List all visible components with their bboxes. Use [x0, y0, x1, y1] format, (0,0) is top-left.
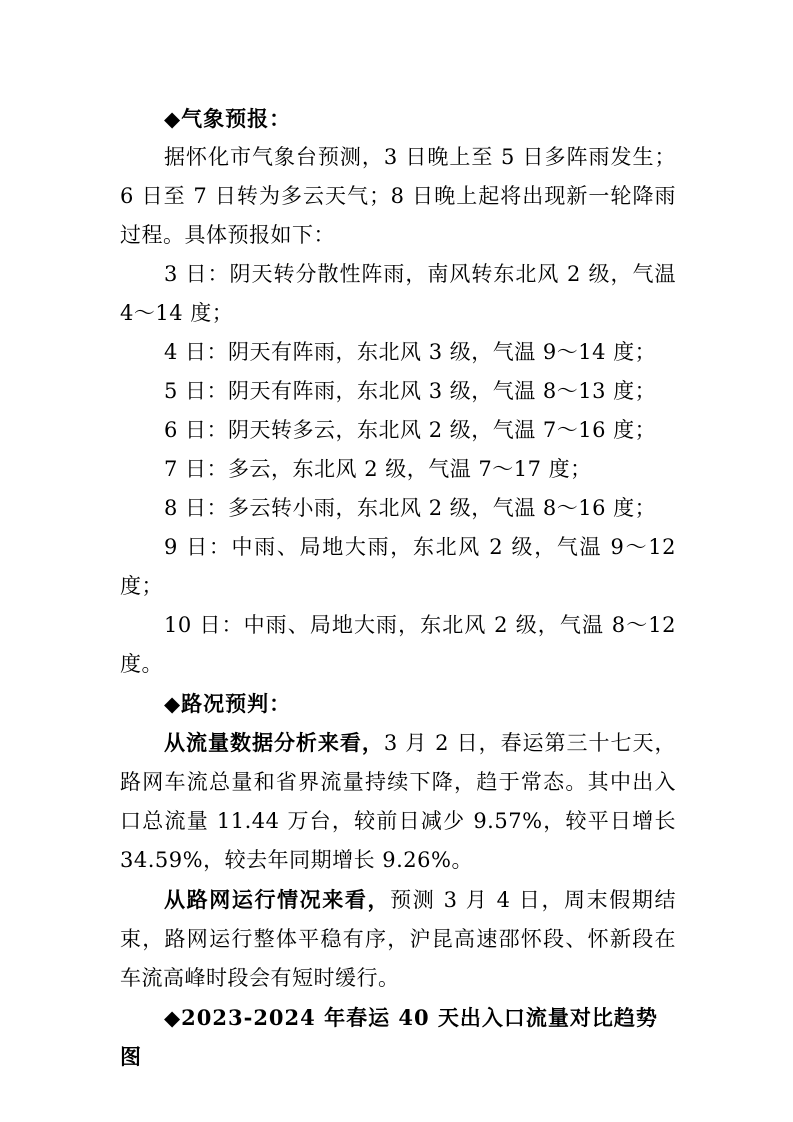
para-forecast-day6: 6 日：阴天转多云，东北风 2 级，气温 7～16 度；	[120, 411, 676, 450]
text-run: 5 日：阴天有阵雨，东北风 3 级，气温 8～13 度；	[164, 379, 656, 403]
document-content: ◆气象预报：据怀化市气象台预测，3 日晚上至 5 日多阵雨发生；6 日至 7 日…	[120, 99, 676, 1076]
para-weather-summary: 据怀化市气象台预测，3 日晚上至 5 日多阵雨发生；6 日至 7 日转为多云天气…	[120, 138, 676, 255]
text-run: 7 日：多云，东北风 2 级，气温 7～17 度；	[164, 457, 592, 481]
para-forecast-day8: 8 日：多云转小雨，东北风 2 级，气温 8～16 度；	[120, 489, 676, 528]
text-run: 据怀化市气象台预测，3 日晚上至 5 日多阵雨发生；6 日至 7 日转为多云天气…	[120, 145, 676, 247]
bold-text-run: ◆路况预判：	[164, 691, 291, 716]
para-forecast-day7: 7 日：多云，东北风 2 级，气温 7～17 度；	[120, 450, 676, 489]
para-traffic-flow-analysis: 从流量数据分析来看，3 月 2 日，春运第三十七天，路网车流总量和省界流量持续下…	[120, 723, 676, 880]
para-network-operation: 从路网运行情况来看，预测 3 月 4 日，周末假期结束，路网运行整体平稳有序，沪…	[120, 880, 676, 998]
bold-text-run: ◆2023-2024 年春运 40 天出入口流量对比趋势图	[120, 1005, 658, 1069]
para-forecast-day10: 10 日：中雨、局地大雨，东北风 2 级，气温 8～12 度。	[120, 606, 676, 684]
bold-text-run: 从流量数据分析来看，	[164, 730, 384, 755]
text-run: 9 日：中雨、局地大雨，东北风 2 级，气温 9～12 度；	[120, 535, 676, 598]
para-forecast-day4: 4 日：阴天有阵雨，东北风 3 级，气温 9～14 度；	[120, 333, 676, 372]
text-run: 10 日：中雨、局地大雨，东北风 2 级，气温 8～12 度。	[120, 613, 676, 676]
text-run: 3 日：阴天转分散性阵雨，南风转东北风 2 级，气温 4～14 度；	[120, 262, 676, 325]
text-run: 6 日：阴天转多云，东北风 2 级，气温 7～16 度；	[164, 418, 656, 442]
para-forecast-day3: 3 日：阴天转分散性阵雨，南风转东北风 2 级，气温 4～14 度；	[120, 255, 676, 333]
heading-weather-forecast: ◆气象预报：	[120, 99, 676, 138]
text-run: 4 日：阴天有阵雨，东北风 3 级，气温 9～14 度；	[164, 340, 656, 364]
para-forecast-day5: 5 日：阴天有阵雨，东北风 3 级，气温 8～13 度；	[120, 372, 676, 411]
text-run: 8 日：多云转小雨，东北风 2 级，气温 8～16 度；	[164, 496, 656, 520]
bold-text-run: 从路网运行情况来看，	[164, 887, 390, 912]
document-page: ◆气象预报：据怀化市气象台预测，3 日晚上至 5 日多阵雨发生；6 日至 7 日…	[0, 0, 793, 1122]
heading-trend-chart-title: ◆2023-2024 年春运 40 天出入口流量对比趋势图	[120, 998, 676, 1076]
heading-road-condition: ◆路况预判：	[120, 684, 676, 723]
para-forecast-day9: 9 日：中雨、局地大雨，东北风 2 级，气温 9～12 度；	[120, 528, 676, 606]
bold-text-run: ◆气象预报：	[164, 106, 291, 131]
